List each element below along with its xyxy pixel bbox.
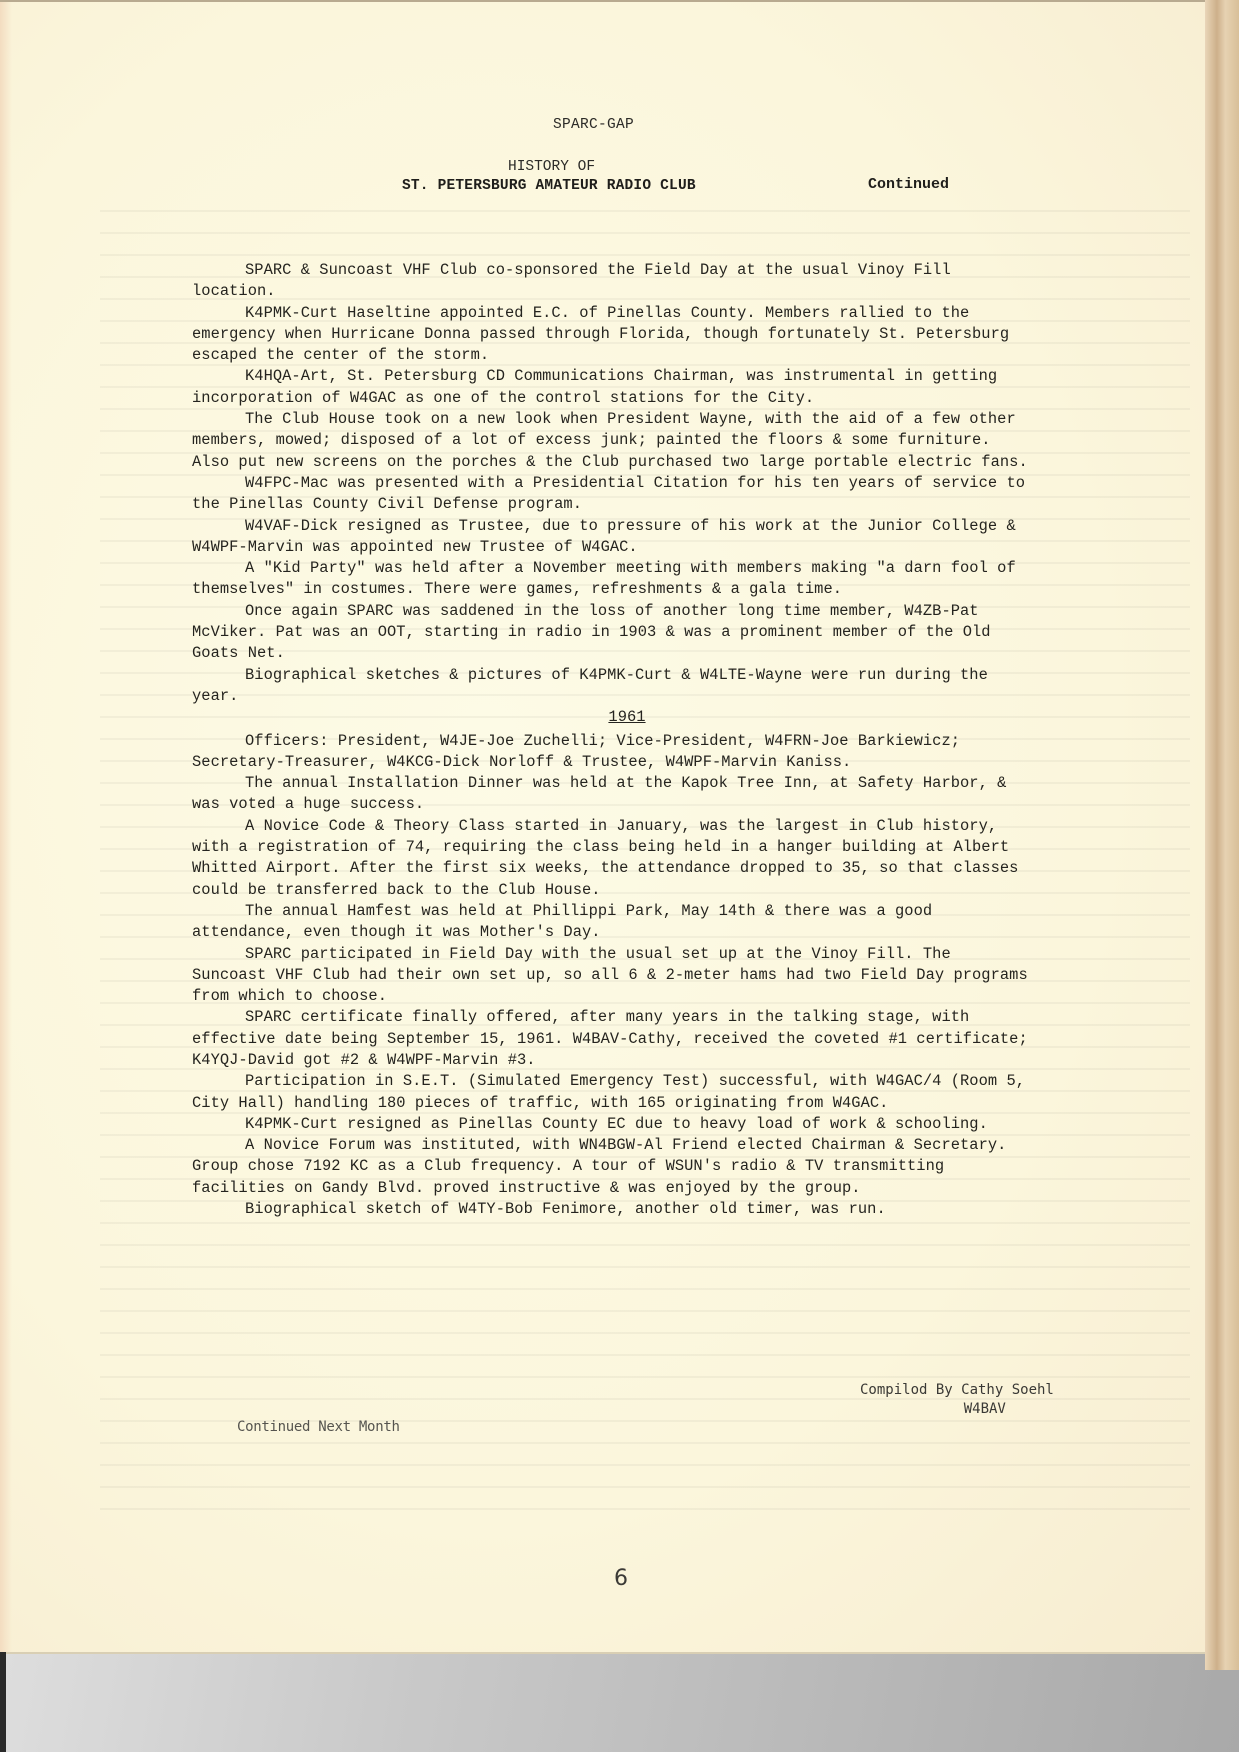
paragraph: SPARC participated in Field Day with the… — [192, 944, 1032, 1008]
paragraph: A Novice Forum was instituted, with WN4B… — [192, 1135, 1032, 1199]
article-title-line2: ST. PETERSBURG AMATEUR RADIO CLUB — [402, 178, 696, 194]
article-body: SPARC & Suncoast VHF Club co-sponsored t… — [192, 260, 1032, 1220]
year-heading: 1961 — [192, 707, 1032, 728]
compiler-name: Compilod By Cathy Soehl — [860, 1382, 1054, 1398]
paragraph: The Club House took on a new look when P… — [192, 409, 1032, 473]
paragraph: Biographical sketch of W4TY-Bob Fenimore… — [192, 1199, 1032, 1220]
newsletter-page: SPARC-GAP HISTORY OF ST. PETERSBURG AMAT… — [0, 0, 1215, 1654]
paragraph: K4PMK-Curt Haseltine appointed E.C. of P… — [192, 303, 1032, 367]
continued-label: Continued — [868, 176, 949, 193]
compiled-by: Compilod By Cathy Soehl W4BAV — [860, 1381, 1054, 1419]
paragraph: W4VAF-Dick resigned as Trustee, due to p… — [192, 516, 1032, 559]
paragraph: A Novice Code & Theory Class started in … — [192, 816, 1032, 901]
newsletter-masthead: SPARC-GAP — [553, 117, 634, 133]
continued-next-month: Continued Next Month — [237, 1419, 400, 1435]
paragraph: A "Kid Party" was held after a November … — [192, 558, 1032, 601]
compiler-callsign: W4BAV — [860, 1400, 1054, 1419]
paragraph: Officers: President, W4JE-Joe Zuchelli; … — [192, 731, 1032, 774]
paragraph: The annual Hamfest was held at Phillippi… — [192, 901, 1032, 944]
paragraph: W4FPC-Mac was presented with a President… — [192, 473, 1032, 516]
binding-edge — [1205, 0, 1239, 1670]
page-top-edge — [0, 0, 1215, 2]
paragraph: SPARC & Suncoast VHF Club co-sponsored t… — [192, 260, 1032, 303]
scanner-edge — [0, 1652, 6, 1752]
paragraph: SPARC certificate finally offered, after… — [192, 1007, 1032, 1071]
article-title-line1: HISTORY OF — [508, 159, 595, 175]
paragraph: The annual Installation Dinner was held … — [192, 773, 1032, 816]
page-number: 6 — [614, 1566, 628, 1591]
paragraph: Biographical sketches & pictures of K4PM… — [192, 665, 1032, 708]
paragraph: Participation in S.E.T. (Simulated Emerg… — [192, 1071, 1032, 1114]
paragraph: Once again SPARC was saddened in the los… — [192, 601, 1032, 665]
paragraph: K4HQA-Art, St. Petersburg CD Communicati… — [192, 366, 1032, 409]
paragraph: K4PMK-Curt resigned as Pinellas County E… — [192, 1114, 1032, 1135]
